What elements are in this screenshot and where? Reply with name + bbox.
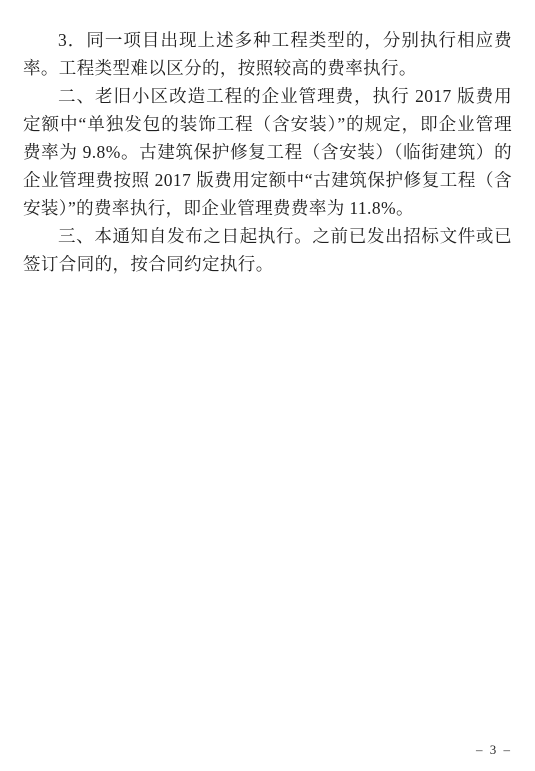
- page-number: – 3 –: [476, 742, 512, 758]
- document-body: 3．同一项目出现上述多种工程类型的，分别执行相应费率。工程类型难以区分的，按照较…: [23, 26, 512, 278]
- paragraph-section-2: 二、老旧小区改造工程的企业管理费，执行 2017 版费用定额中“单独发包的装饰工…: [23, 82, 512, 222]
- paragraph-item-3: 3．同一项目出现上述多种工程类型的，分别执行相应费率。工程类型难以区分的，按照较…: [23, 26, 512, 82]
- document-page: 3．同一项目出现上述多种工程类型的，分别执行相应费率。工程类型难以区分的，按照较…: [0, 0, 535, 771]
- paragraph-section-3: 三、本通知自发布之日起执行。之前已发出招标文件或已签订合同的，按合同约定执行。: [23, 222, 512, 278]
